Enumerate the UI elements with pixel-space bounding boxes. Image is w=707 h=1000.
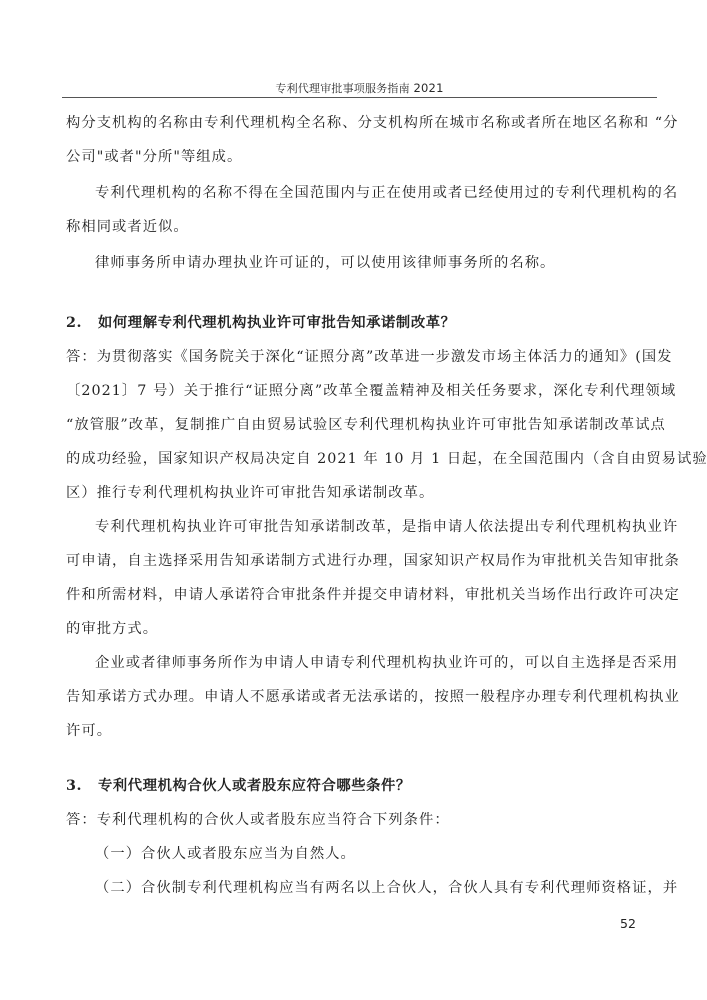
question-number: 3.	[66, 778, 98, 794]
answer-line: 答：为贯彻落实《国务院关于深化“证照分离”改革进一步激发市场主体活力的通知》(国…	[66, 346, 673, 366]
list-item: （二）合伙制专利代理机构应当有两名以上合伙人，合伙人具有专利代理师资格证，并	[95, 877, 678, 897]
text-line: 企业或者律师事务所作为申请人申请专利代理机构执业许可的，可以自主选择是否采用	[95, 652, 678, 672]
running-header: 专利代理审批事项服务指南 2021	[62, 80, 657, 96]
text-line: 构分支机构的名称由专利代理机构全名称、分支机构所在城市名称或者所在地区名称和 “…	[66, 112, 678, 132]
text-line: 专利代理机构执业许可审批告知承诺制改革，是指申请人依法提出专利代理机构执业许	[95, 516, 678, 536]
question-title: 如何理解专利代理机构执业许可审批告知承诺制改革？	[98, 315, 456, 331]
list-item: （一）合伙人或者股东应当为自然人。	[95, 843, 356, 863]
question-number: 2.	[66, 315, 98, 331]
answer-line: 〔2021〕7 号）关于推行“证照分离”改革全覆盖精神及相关任务要求，深化专利代…	[66, 380, 676, 400]
answer-line: “放管服”改革，复制推广自由贸易试验区专利代理机构执业许可审批告知承诺制改革试点	[66, 414, 666, 434]
document-page: 专利代理审批事项服务指南 2021 构分支机构的名称由专利代理机构全名称、分支机…	[0, 0, 707, 1000]
answer-line: 区）推行专利代理机构执业许可审批告知承诺制改革。	[66, 482, 434, 502]
text-line: 专利代理机构的名称不得在全国范围内与正在使用或者已经使用过的专利代理机构的名	[95, 182, 678, 202]
answer-line: 答：专利代理机构的合伙人或者股东应当符合下列条件：	[66, 809, 450, 829]
text-line: 件和所需材料，申请人承诺符合审批条件并提交申请材料，审批机关当场作出行政许可决定	[66, 584, 680, 604]
header-year: 2021	[414, 81, 444, 95]
text-line: 律师事务所申请办理执业许可证的，可以使用该律师事务所的名称。	[95, 252, 555, 272]
text-line: 的审批方式。	[66, 618, 158, 638]
question-heading: 2.如何理解专利代理机构执业许可审批告知承诺制改革？	[66, 312, 456, 332]
header-title: 专利代理审批事项服务指南	[275, 82, 409, 95]
text-line: 可申请，自主选择采用告知承诺制方式进行办理，国家知识产权局作为审批机关告知审批条	[66, 550, 680, 570]
question-title: 专利代理机构合伙人或者股东应符合哪些条件？	[98, 778, 411, 794]
question-heading: 3.专利代理机构合伙人或者股东应符合哪些条件？	[66, 775, 411, 795]
answer-line: 的成功经验，国家知识产权局决定自 2021 年 10 月 1 日起，在全国范围内…	[66, 448, 707, 468]
text-line: 告知承诺方式办理。申请人不愿承诺或者无法承诺的，按照一般程序办理专利代理机构执业	[66, 686, 680, 706]
text-line: 称相同或者近似。	[66, 216, 189, 236]
page-number: 52	[620, 916, 636, 931]
header-divider	[62, 97, 657, 98]
text-line: 公司"或者"分所"等组成。	[66, 146, 242, 166]
text-line: 许可。	[66, 720, 112, 740]
